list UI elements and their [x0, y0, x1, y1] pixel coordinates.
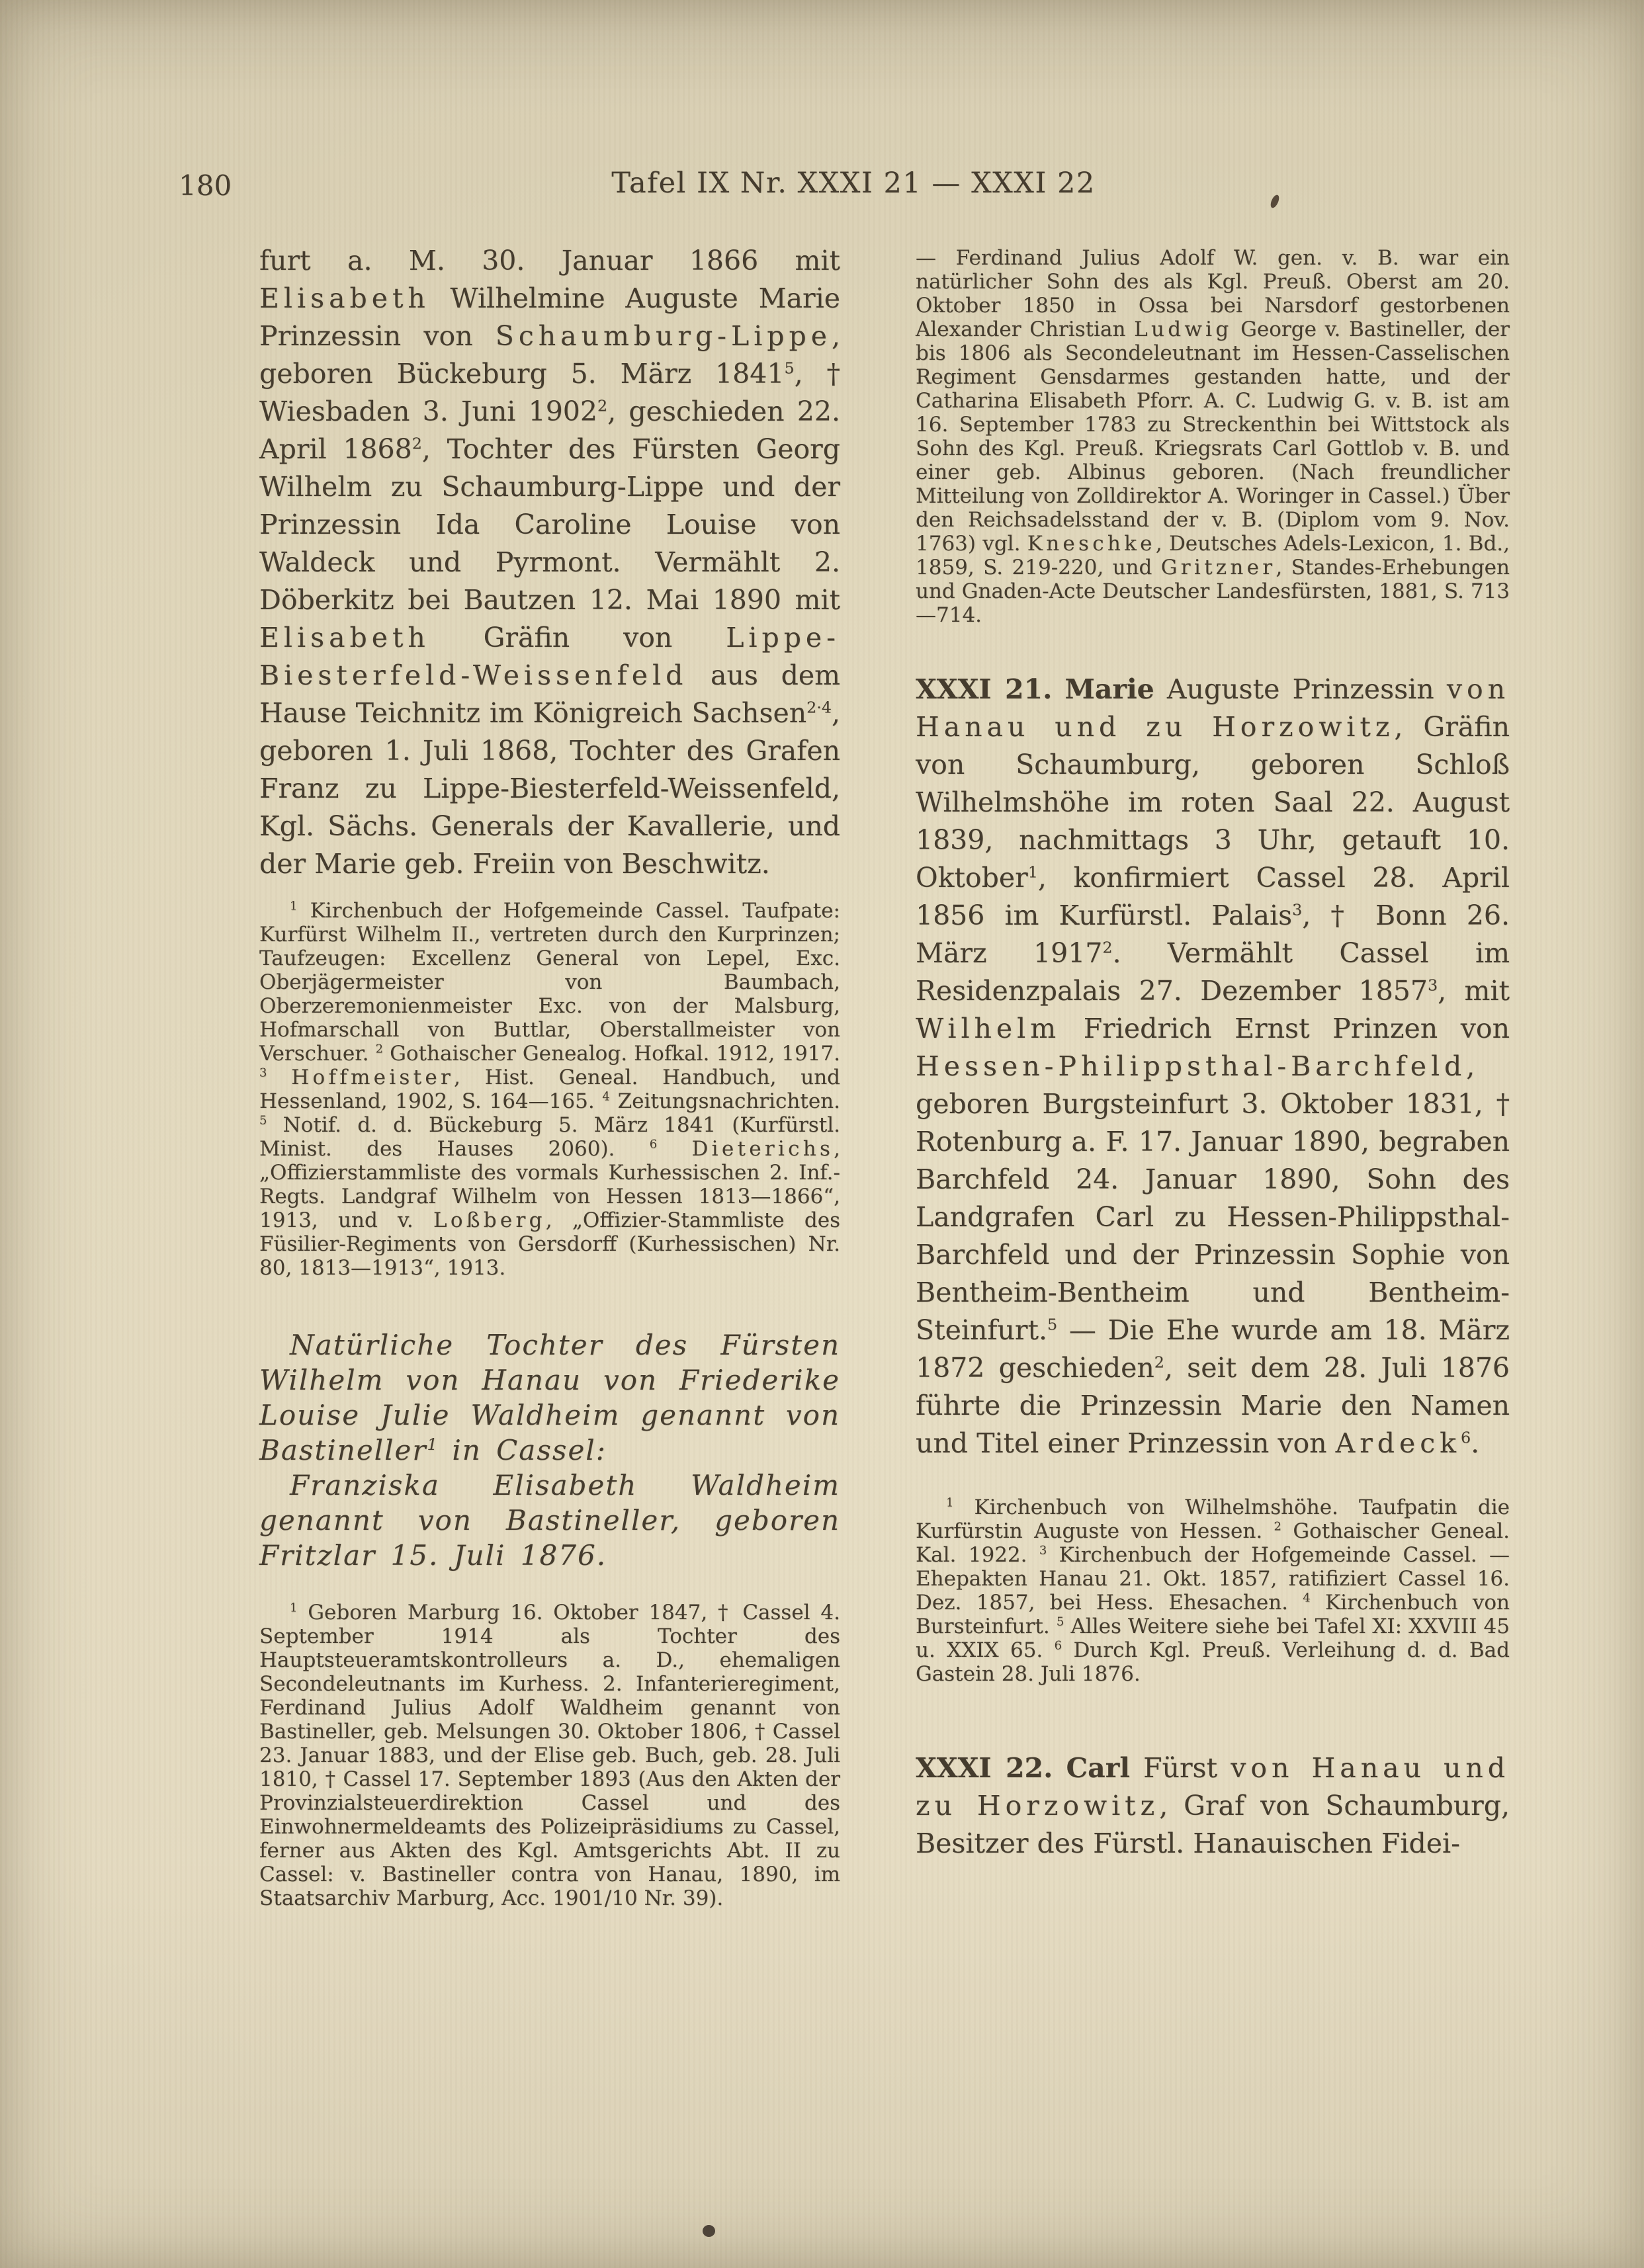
text-run: Friedrich Ernst Prinzen von — [1060, 1013, 1510, 1044]
footnote-reference: 1 — [1028, 862, 1038, 881]
right-column: — Ferdinand Julius Adolf W. gen. v. B. w… — [916, 242, 1510, 1863]
footnote-reference: 4 — [1303, 1591, 1310, 1605]
text-run: , mit — [1438, 975, 1510, 1007]
running-header: Tafel IX Nr. XXXI 21 — XXXI 22 — [225, 167, 1482, 200]
text-run: Gothaischer Genealog. Hofkal. 1912, 1917… — [383, 1042, 840, 1066]
book-page: 180 Tafel IX Nr. XXXI 21 — XXXI 22 furt … — [0, 0, 1644, 2268]
natural-daughter-entry: Franziska Elisabeth Waldheim genannt von… — [259, 1468, 840, 1573]
text-run: Gräfin von — [430, 622, 726, 653]
text-run: Kirchenbuch der Hofgemeinde Cassel. Tauf… — [259, 899, 840, 1066]
footnote-reference: 5 — [1047, 1315, 1057, 1333]
footnotes-1-to-6: 1 Kirchenbuch der Hofgemeinde Cassel. Ta… — [259, 899, 840, 1280]
footnote-reference: 2 — [1102, 938, 1112, 956]
footnote-reference: 5 — [784, 358, 794, 377]
footnote-reference: 6 — [650, 1138, 657, 1152]
text-run: Marie — [1065, 673, 1154, 705]
footnote-reference: 2 — [1274, 1520, 1281, 1534]
text-run — [1052, 673, 1064, 705]
natural-daughter-heading: Natürliche Tochter des Fürsten Wilhelm v… — [259, 1327, 840, 1468]
entry-xxxi-21-footnotes: 1 Kirchenbuch von Wilhelmshöhe. Taufpati… — [916, 1495, 1510, 1686]
entry-xxxi-22: XXXI 22. Carl Fürst von Hanau und zu Hor… — [916, 1749, 1510, 1863]
text-run: Franziska Elisabeth Waldheim genannt von… — [259, 1469, 840, 1572]
footnote-reference: 2 — [1154, 1353, 1164, 1371]
footnote-reference: 3 — [1428, 976, 1438, 994]
text-run: Wilhelm — [916, 1013, 1060, 1044]
text-run — [267, 1066, 291, 1089]
footnote-reference: 1 — [427, 1435, 437, 1454]
text-run: Elisabeth — [259, 622, 430, 653]
footnote-reference: 5 — [259, 1114, 267, 1128]
footnote-reference: 3 — [1039, 1544, 1047, 1558]
footnote-reference: 3 — [1292, 900, 1302, 919]
footnote-reference: 1 — [290, 1601, 297, 1615]
text-run — [1053, 1752, 1066, 1784]
text-run: Hessen-Philippsthal-Barchfeld — [916, 1050, 1466, 1082]
text-run: Carl — [1066, 1752, 1130, 1784]
text-run: XXXI 21. — [916, 673, 1052, 705]
text-run — [657, 1137, 691, 1161]
continued-entry-text: furt a. M. 30. Januar 1866 mit Elisabeth… — [259, 242, 840, 883]
text-run: , geboren Burgsteinfurt 3. Oktober 1831,… — [916, 1050, 1510, 1346]
text-run: Kneschke — [1027, 532, 1156, 556]
footnote-reference: 6 — [1461, 1428, 1471, 1447]
footnote-reference: 4 — [602, 1090, 609, 1104]
entry-xxxi-21: XXXI 21. Marie Auguste Prinzessin von Ha… — [916, 671, 1510, 1462]
footnote-continuation: — Ferdinand Julius Adolf W. gen. v. B. w… — [916, 246, 1510, 627]
left-column: furt a. M. 30. Januar 1866 mit Elisabeth… — [259, 242, 840, 1910]
text-run: Hoffmeister — [291, 1066, 454, 1089]
footnote-bastineller: 1 Geboren Marburg 16. Oktober 1847, † Ca… — [259, 1601, 840, 1910]
footnote-reference: 1 — [946, 1496, 953, 1510]
footnote-reference: 1 — [290, 900, 297, 913]
text-run: Ludwig — [1134, 317, 1232, 341]
text-run: Auguste Prinzessin — [1154, 673, 1447, 705]
text-run: XXXI 22. — [916, 1752, 1053, 1784]
text-run: . — [1471, 1427, 1479, 1459]
footnote-reference: 2 — [412, 434, 422, 452]
text-run: in Cassel: — [437, 1434, 607, 1466]
text-run: Zeitungsnachrichten. — [610, 1089, 840, 1113]
text-run: Elisabeth — [259, 282, 430, 314]
footnote-reference: 3 — [259, 1066, 267, 1080]
text-run: Fürst — [1130, 1752, 1231, 1784]
text-run: Geboren Marburg 16. Oktober 1847, † Cass… — [259, 1601, 840, 1910]
text-run: Loßberg — [433, 1208, 546, 1232]
footnote-reference: 2 — [597, 396, 607, 415]
footnote-reference: 6 — [1055, 1639, 1062, 1653]
text-run: furt a. M. 30. Januar 1866 mit — [259, 245, 840, 276]
text-run: Schaumburg-Lippe — [496, 320, 832, 352]
footnote-reference: 5 — [1057, 1615, 1064, 1629]
ink-dot — [703, 2225, 715, 2237]
text-run: George v. Bastineller, der bis 1806 als … — [916, 317, 1510, 556]
page-number: 180 — [179, 169, 232, 202]
footnote-reference: 2 — [376, 1042, 383, 1056]
text-run: Ardeck — [1336, 1427, 1461, 1459]
text-run: Gritzner — [1161, 556, 1276, 579]
text-run: Dieterichs — [692, 1137, 834, 1161]
footnote-reference: 2·4 — [806, 698, 832, 716]
